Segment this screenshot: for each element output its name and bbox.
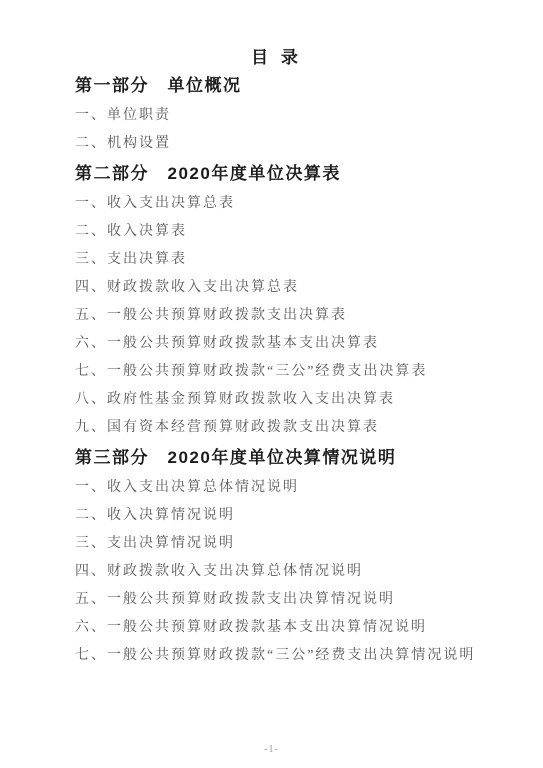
document-page: 目 录 第一部分 单位概况 一、单位职责 二、机构设置 第二部分 2020年度单…: [0, 0, 543, 768]
toc-item: 四、财政拨款收入支出决算总体情况说明: [75, 558, 478, 586]
toc-item: 二、收入决算表: [75, 218, 478, 246]
toc-item: 一、收入支出决算总表: [75, 190, 478, 218]
toc-item: 一、单位职责: [75, 102, 478, 130]
toc-item: 三、支出决算情况说明: [75, 530, 478, 558]
toc-content: 目 录 第一部分 单位概况 一、单位职责 二、机构设置 第二部分 2020年度单…: [75, 46, 478, 670]
toc-item: 九、国有资本经营预算财政拨款支出决算表: [75, 414, 478, 442]
section-heading-part3: 第三部分 2020年度单位决算情况说明: [75, 446, 478, 470]
section-heading-part1: 第一部分 单位概况: [75, 74, 478, 98]
page-number: -1-: [0, 744, 543, 755]
section-items-part2: 一、收入支出决算总表 二、收入决算表 三、支出决算表 四、财政拨款收入支出决算总…: [75, 190, 478, 442]
section-items-part3: 一、收入支出决算总体情况说明 二、收入决算情况说明 三、支出决算情况说明 四、财…: [75, 474, 478, 670]
toc-item: 六、一般公共预算财政拨款基本支出决算情况说明: [75, 614, 478, 642]
toc-item: 二、机构设置: [75, 130, 478, 158]
toc-item: 四、财政拨款收入支出决算总表: [75, 274, 478, 302]
toc-item: 六、一般公共预算财政拨款基本支出决算表: [75, 330, 478, 358]
toc-item: 一、收入支出决算总体情况说明: [75, 474, 478, 502]
toc-item: 七、一般公共预算财政拨款“三公”经费支出决算表: [75, 358, 478, 386]
toc-item: 三、支出决算表: [75, 246, 478, 274]
toc-item: 五、一般公共预算财政拨款支出决算情况说明: [75, 586, 478, 614]
section-items-part1: 一、单位职责 二、机构设置: [75, 102, 478, 158]
toc-item: 五、一般公共预算财政拨款支出决算表: [75, 302, 478, 330]
toc-item: 七、一般公共预算财政拨款“三公”经费支出决算情况说明: [75, 642, 478, 670]
toc-item: 二、收入决算情况说明: [75, 502, 478, 530]
toc-item: 八、政府性基金预算财政拨款收入支出决算表: [75, 386, 478, 414]
toc-title: 目 录: [75, 46, 478, 70]
section-heading-part2: 第二部分 2020年度单位决算表: [75, 162, 478, 186]
